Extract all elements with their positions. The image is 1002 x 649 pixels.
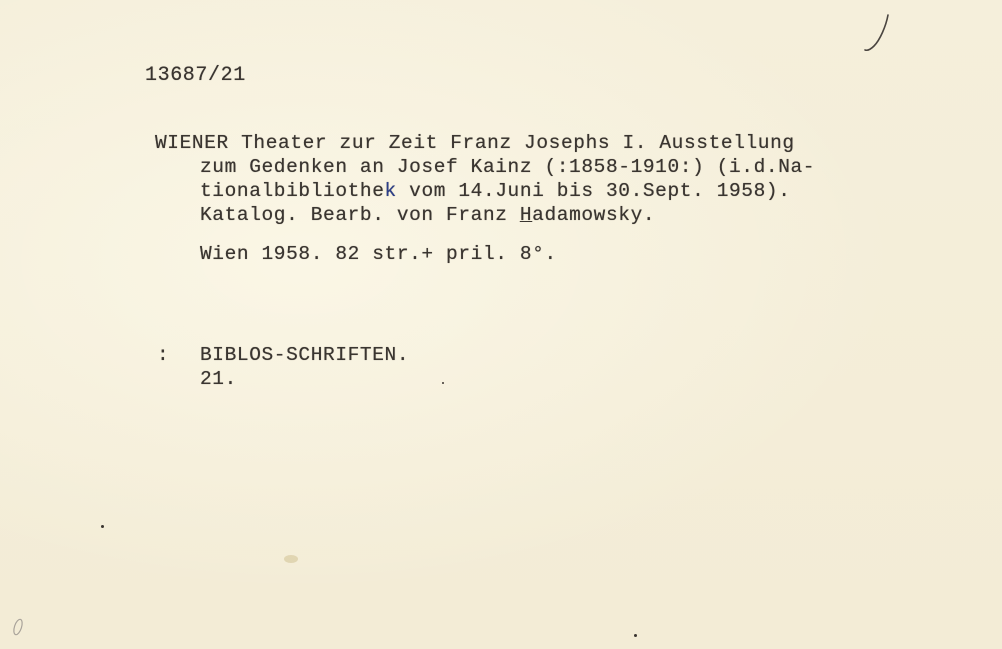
entry-line-2: zum Gedenken an Josef Kainz (:1858-1910:… <box>200 155 815 179</box>
paper-stain <box>284 555 298 563</box>
ink-speck <box>442 382 444 384</box>
catalog-card: 13687/21 WIENER Theater zur Zeit Franz J… <box>0 0 1002 649</box>
series-title: BIBLOS-SCHRIFTEN. <box>200 343 409 367</box>
ink-speck <box>634 634 637 637</box>
entry-line-4-end: adamowsky. <box>532 204 655 226</box>
imprint: Wien 1958. 82 str.+ pril. 8°. <box>200 242 557 266</box>
entry-line-4-start: Katalog. Bearb. von Franz <box>200 204 520 226</box>
series-marker: : <box>157 343 169 367</box>
pencil-zero-mark-icon <box>10 615 26 639</box>
entry-line-3-end: vom 14.Juni bis 30.Sept. 1958). <box>397 180 791 202</box>
entry-line-3-start: tionalbibliothe <box>200 180 385 202</box>
entry-line-4: Katalog. Bearb. von Franz Hadamowsky. <box>200 203 655 227</box>
entry-line-1: WIENER Theater zur Zeit Franz Josephs I.… <box>155 131 795 155</box>
ink-speck <box>101 525 104 528</box>
handwritten-correction-k: k <box>385 180 397 202</box>
entry-line-3: tionalbibliothek vom 14.Juni bis 30.Sept… <box>200 179 791 203</box>
handwritten-checkmark-icon <box>858 12 898 57</box>
call-number: 13687/21 <box>145 64 246 88</box>
underlined-h: H <box>520 204 532 226</box>
series-number: 21. <box>200 367 237 391</box>
